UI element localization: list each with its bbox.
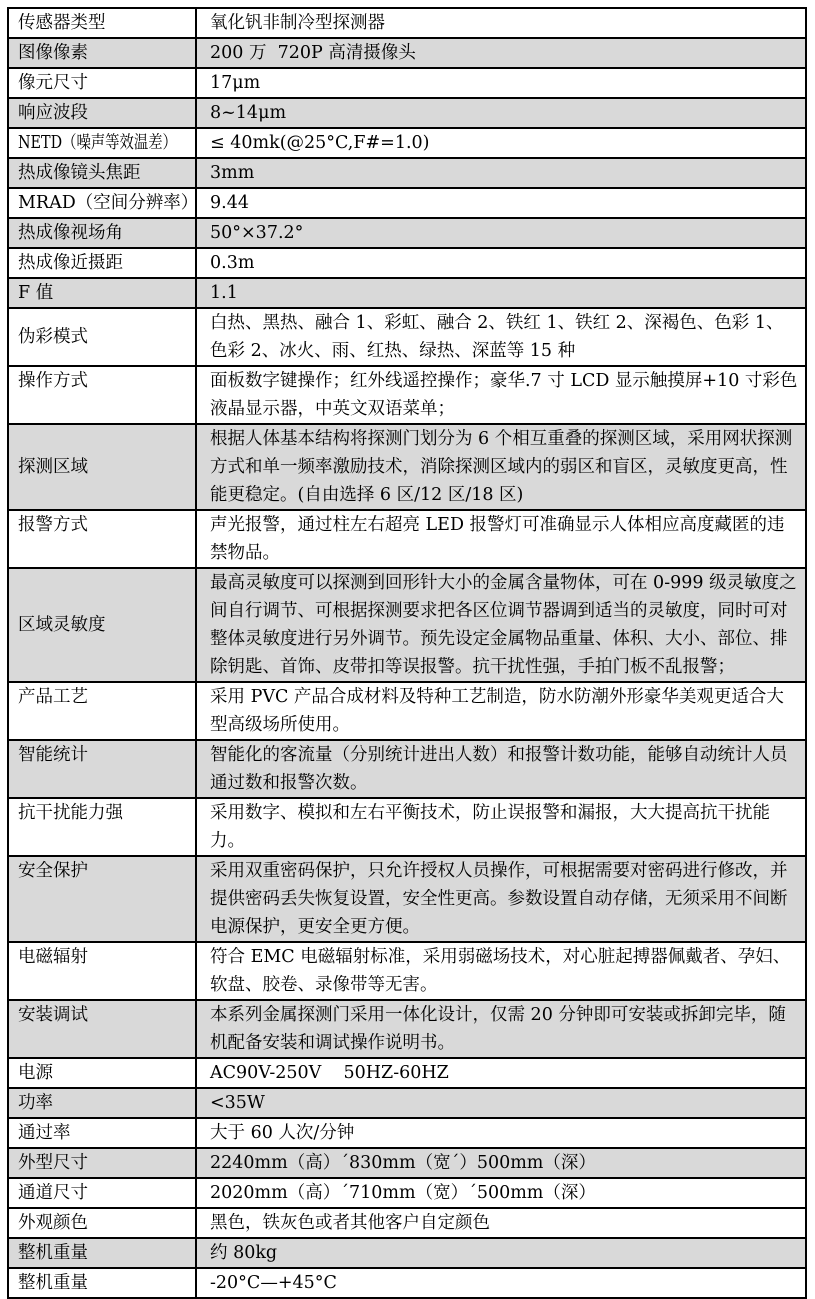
spec-label: 区域灵敏度 xyxy=(8,568,196,682)
spec-value: ≤ 40mk(@25°C,F#=1.0) xyxy=(196,128,806,158)
table-row: 伪彩模式白热、黑热、融合 1、彩虹、融合 2、铁红 1、铁红 2、深褐色、色彩 … xyxy=(8,308,806,366)
table-row: 抗干扰能力强采用数字、模拟和左右平衡技术，防止误报警和漏报，大大提高抗干扰能力。 xyxy=(8,798,806,856)
spec-label: 传感器类型 xyxy=(8,8,196,38)
table-row: 热成像视场角50°×37.2° xyxy=(8,218,806,248)
spec-label-text: 抗干扰能力强 xyxy=(18,803,123,823)
table-row: 操作方式面板数字键操作；红外线遥控操作；豪华.7 寸 LCD 显示触摸屏+10 … xyxy=(8,366,806,424)
spec-label-text: 探测区域 xyxy=(18,457,88,477)
table-row: 图像像素200 万 720P 高清摄像头 xyxy=(8,38,806,68)
spec-label: 响应波段 xyxy=(8,98,196,128)
spec-value: 50°×37.2° xyxy=(196,218,806,248)
table-row: 区域灵敏度最高灵敏度可以探测到回形针大小的金属含量物体，可在 0-999 级灵敏… xyxy=(8,568,806,682)
table-row: 热成像镜头焦距3mm xyxy=(8,158,806,188)
spec-value: 采用数字、模拟和左右平衡技术，防止误报警和漏报，大大提高抗干扰能力。 xyxy=(196,798,806,856)
spec-value: 采用双重密码保护，只允许授权人员操作，可根据需要对密码进行修改，并提供密码丢失恢… xyxy=(196,856,806,942)
spec-value: 本系列金属探测门采用一体化设计，仅需 20 分钟即可安装或拆卸完毕，随机配备安装… xyxy=(196,1000,806,1058)
table-row: 电源AC90V-250V 50HZ-60HZ xyxy=(8,1058,806,1088)
spec-label: 操作方式 xyxy=(8,366,196,424)
spec-label: NETD（噪声等效温差） xyxy=(8,128,196,158)
spec-table-body: 传感器类型氧化钒非制冷型探测器图像像素200 万 720P 高清摄像头像元尺寸1… xyxy=(8,8,806,1204)
spec-value: 根据人体基本结构将探测门划分为 6 个相互重叠的探测区域，采用网状探测方式和单一… xyxy=(196,424,806,510)
table-row: F 值1.1 xyxy=(8,278,806,308)
spec-label: 功率 xyxy=(8,1088,196,1118)
spec-label: 像元尺寸 xyxy=(8,68,196,98)
spec-label-text: 操作方式 xyxy=(18,371,88,391)
spec-value: 采用 PVC 产品合成材料及特种工艺制造，防水防潮外形豪华美观更适合大型高级场所… xyxy=(196,682,806,740)
spec-label-text: 热成像镜头焦距 xyxy=(18,163,141,183)
spec-label-text: 电磁辐射 xyxy=(18,947,88,967)
spec-label: 伪彩模式 xyxy=(8,308,196,366)
table-row: MRAD（空间分辨率）9.44 xyxy=(8,188,806,218)
table-row: 通过率大于 60 人次/分钟 xyxy=(8,1118,806,1148)
spec-label: 探测区域 xyxy=(8,424,196,510)
spec-label: 产品工艺 xyxy=(8,682,196,740)
spec-value: 氧化钒非制冷型探测器 xyxy=(196,8,806,38)
spec-label: 图像像素 xyxy=(8,38,196,68)
spec-label-text: F 值 xyxy=(18,283,53,303)
spec-label: 热成像近摄距 xyxy=(8,248,196,278)
spec-value: 最高灵敏度可以探测到回形针大小的金属含量物体，可在 0-999 级灵敏度之间自行… xyxy=(196,568,806,682)
table-row: 安全保护采用双重密码保护，只允许授权人员操作，可根据需要对密码进行修改，并提供密… xyxy=(8,856,806,942)
spec-label: 报警方式 xyxy=(8,510,196,568)
spec-value: 声光报警，通过柱左右超亮 LED 报警灯可准确显示人体相应高度藏匿的违禁物品。 xyxy=(196,510,806,568)
spec-value: 2020mm（高）´710mm（宽）´500mm（深） xyxy=(196,1178,806,1204)
table-row: 像元尺寸17μm xyxy=(8,68,806,98)
table-row: 外型尺寸2240mm（高）´830mm（宽´）500mm（深） xyxy=(8,1148,806,1178)
spec-label-text: 图像像素 xyxy=(18,43,88,63)
spec-value: 0.3m xyxy=(196,248,806,278)
spec-value: AC90V-250V 50HZ-60HZ xyxy=(196,1058,806,1088)
spec-label-text: 通过率 xyxy=(18,1123,71,1143)
table-row: NETD（噪声等效温差）≤ 40mk(@25°C,F#=1.0) xyxy=(8,128,806,158)
spec-label: 电源 xyxy=(8,1058,196,1088)
spec-label-text: 报警方式 xyxy=(18,515,88,535)
spec-label: 抗干扰能力强 xyxy=(8,798,196,856)
table-row: 智能统计智能化的客流量（分别统计进出人数）和报警计数功能，能够自动统计人员通过数… xyxy=(8,740,806,798)
spec-label: 电磁辐射 xyxy=(8,942,196,1000)
spec-label-text: 产品工艺 xyxy=(18,687,88,707)
spec-label: MRAD（空间分辨率） xyxy=(8,188,196,218)
spec-label-text: 热成像近摄距 xyxy=(18,253,123,273)
spec-label-text: 电源 xyxy=(18,1063,53,1083)
spec-label-text: 响应波段 xyxy=(18,103,88,123)
table-row: 电磁辐射符合 EMC 电磁辐射标准，采用弱磁场技术，对心脏起搏器佩戴者、孕妇、软… xyxy=(8,942,806,1000)
table-row: 响应波段8~14μm xyxy=(8,98,806,128)
spec-label: 通道尺寸 xyxy=(8,1178,196,1204)
spec-label: 外型尺寸 xyxy=(8,1148,196,1178)
spec-label-text: 通道尺寸 xyxy=(18,1183,88,1203)
spec-value: 面板数字键操作；红外线遥控操作；豪华.7 寸 LCD 显示触摸屏+10 寸彩色液… xyxy=(196,366,806,424)
spec-label: 安装调试 xyxy=(8,1000,196,1058)
spec-label-text: 功率 xyxy=(18,1093,53,1113)
spec-value: 智能化的客流量（分别统计进出人数）和报警计数功能，能够自动统计人员通过数和报警次… xyxy=(196,740,806,798)
table-row: 探测区域根据人体基本结构将探测门划分为 6 个相互重叠的探测区域，采用网状探测方… xyxy=(8,424,806,510)
spec-label: 通过率 xyxy=(8,1118,196,1148)
spec-value: 符合 EMC 电磁辐射标准，采用弱磁场技术，对心脏起搏器佩戴者、孕妇、软盘、胶卷… xyxy=(196,942,806,1000)
spec-label-text: 热成像视场角 xyxy=(18,223,123,243)
spec-label: F 值 xyxy=(8,278,196,308)
spec-label-text: 像元尺寸 xyxy=(18,73,88,93)
spec-value: 9.44 xyxy=(196,188,806,218)
spec-value: 8~14μm xyxy=(196,98,806,128)
spec-label-text: 伪彩模式 xyxy=(18,327,88,347)
document-page: 传感器类型氧化钒非制冷型探测器图像像素200 万 720P 高清摄像头像元尺寸1… xyxy=(0,0,815,1204)
table-row: 通道尺寸2020mm（高）´710mm（宽）´500mm（深） xyxy=(8,1178,806,1204)
table-row: 安装调试本系列金属探测门采用一体化设计，仅需 20 分钟即可安装或拆卸完毕，随机… xyxy=(8,1000,806,1058)
spec-label-text: 传感器类型 xyxy=(18,13,106,33)
spec-label-text: 区域灵敏度 xyxy=(18,615,106,635)
spec-value: 3mm xyxy=(196,158,806,188)
spec-label: 智能统计 xyxy=(8,740,196,798)
spec-value: 17μm xyxy=(196,68,806,98)
spec-label-text: 外型尺寸 xyxy=(18,1153,88,1173)
spec-label-text: 智能统计 xyxy=(18,745,88,765)
spec-label: 热成像视场角 xyxy=(8,218,196,248)
spec-label-text: NETD（噪声等效温差） xyxy=(18,129,177,157)
spec-value: <35W xyxy=(196,1088,806,1118)
spec-table: 传感器类型氧化钒非制冷型探测器图像像素200 万 720P 高清摄像头像元尺寸1… xyxy=(7,7,807,1204)
table-row: 报警方式声光报警，通过柱左右超亮 LED 报警灯可准确显示人体相应高度藏匿的违禁… xyxy=(8,510,806,568)
spec-label: 热成像镜头焦距 xyxy=(8,158,196,188)
spec-value: 2240mm（高）´830mm（宽´）500mm（深） xyxy=(196,1148,806,1178)
spec-label-text: MRAD（空间分辨率） xyxy=(18,193,196,213)
table-row: 热成像近摄距0.3m xyxy=(8,248,806,278)
spec-value: 白热、黑热、融合 1、彩虹、融合 2、铁红 1、铁红 2、深褐色、色彩 1、色彩… xyxy=(196,308,806,366)
spec-value: 1.1 xyxy=(196,278,806,308)
table-row: 产品工艺采用 PVC 产品合成材料及特种工艺制造，防水防潮外形豪华美观更适合大型… xyxy=(8,682,806,740)
spec-label-text: 安装调试 xyxy=(18,1005,88,1025)
table-row: 传感器类型氧化钒非制冷型探测器 xyxy=(8,8,806,38)
spec-label-text: 安全保护 xyxy=(18,861,88,881)
spec-label: 安全保护 xyxy=(8,856,196,942)
spec-value: 大于 60 人次/分钟 xyxy=(196,1118,806,1148)
spec-value: 200 万 720P 高清摄像头 xyxy=(196,38,806,68)
table-row: 功率<35W xyxy=(8,1088,806,1118)
